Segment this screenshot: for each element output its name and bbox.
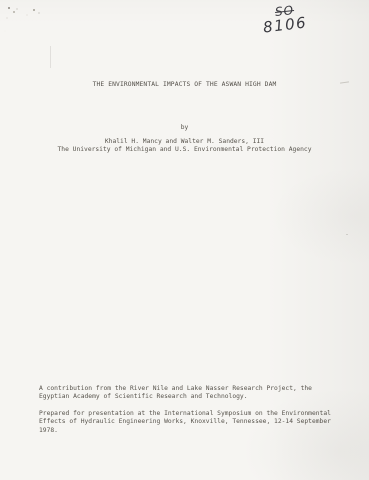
paper-title: THE ENVIRONMENTAL IMPACTS OF THE ASWAN H… xyxy=(0,81,369,89)
contribution-note: A contribution from the River Nile and L… xyxy=(39,385,312,402)
scanned-title-page: SO 8106 THE ENVIRONMENTAL IMPACTS OF THE… xyxy=(0,0,369,480)
affiliation-line: The University of Michigan and U.S. Envi… xyxy=(0,146,369,154)
scan-stray-line xyxy=(50,46,51,68)
handwritten-number: 8106 xyxy=(262,13,308,36)
presentation-note: Prepared for presentation at the Interna… xyxy=(39,410,331,435)
text-line: Egyptian Academy of Scientific Research … xyxy=(39,393,312,401)
byline-by-label: by xyxy=(0,124,369,132)
scan-speckles xyxy=(0,0,2,2)
text-line: Prepared for presentation at the Interna… xyxy=(39,410,331,418)
text-line: 1978. xyxy=(39,427,331,435)
scan-stray-dot xyxy=(346,234,348,235)
text-line: Effects of Hydraulic Engineering Works, … xyxy=(39,418,331,426)
text-line: A contribution from the River Nile and L… xyxy=(39,385,312,393)
